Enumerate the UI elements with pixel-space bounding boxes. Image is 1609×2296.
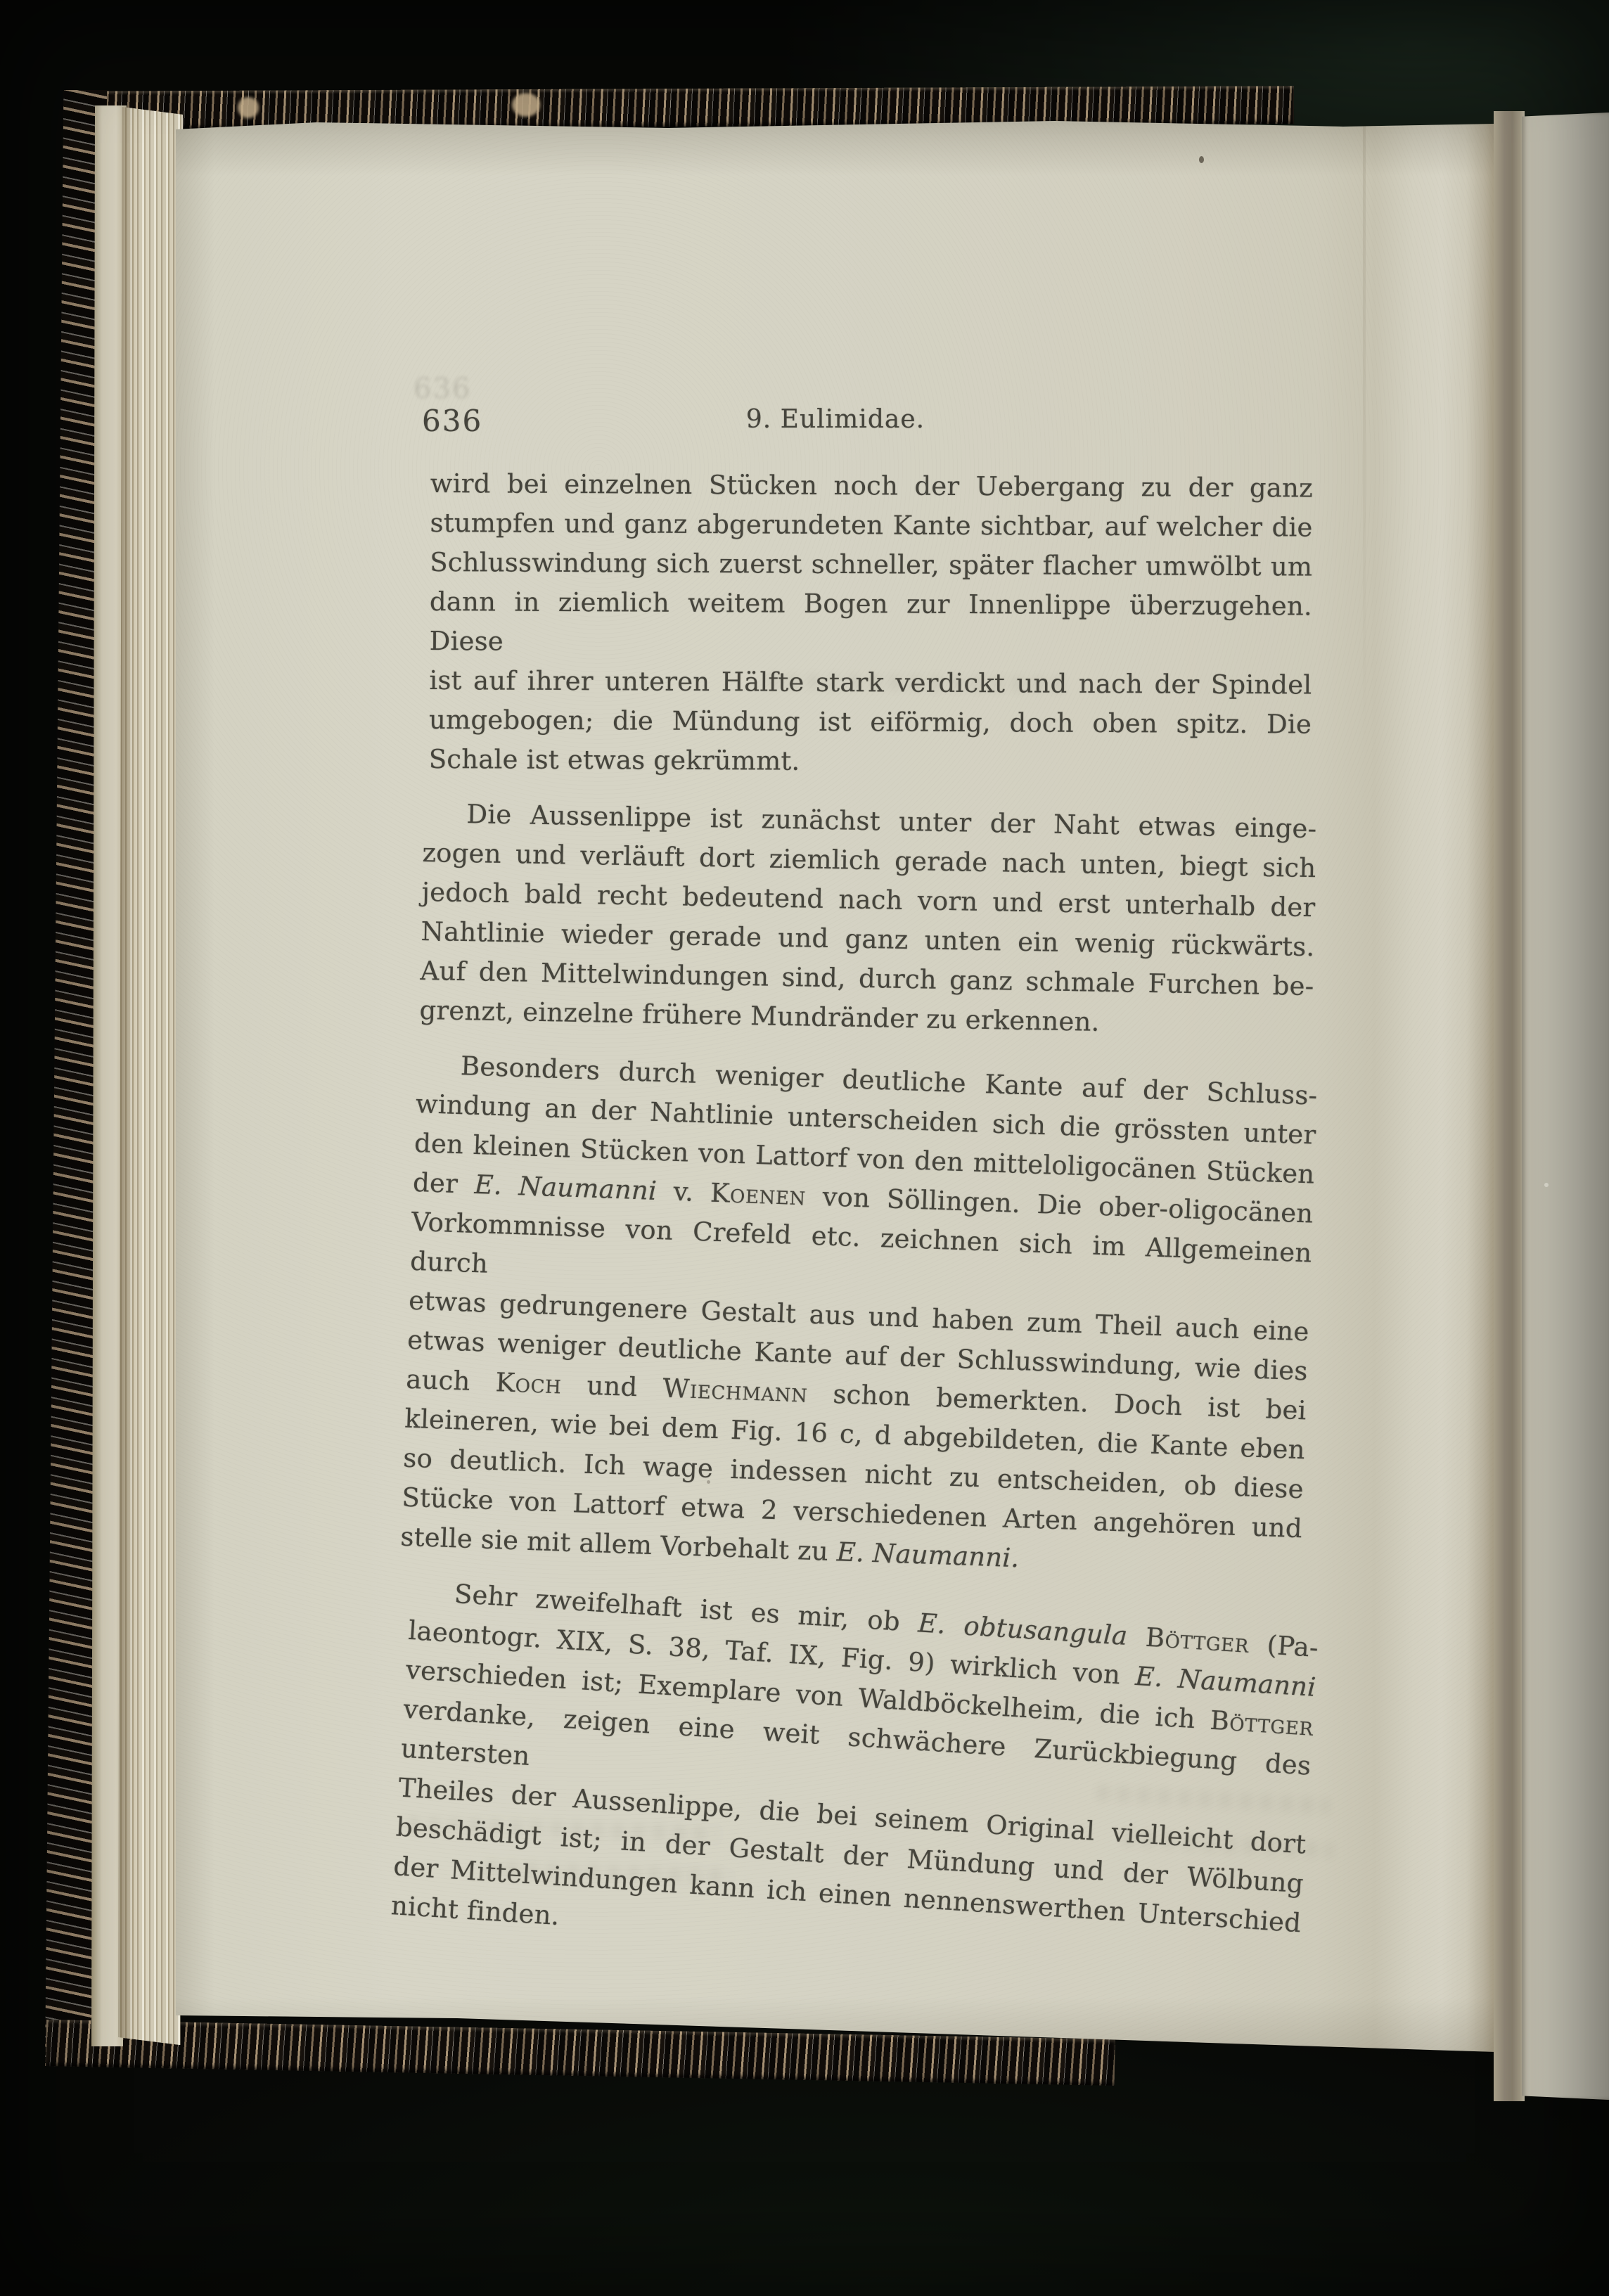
text-segment: ist auf ihrer unteren Hälfte stark verdi…: [429, 665, 1312, 700]
text-segment: v.: [656, 1176, 711, 1208]
page-fore-edge-stack: [118, 107, 183, 2045]
paragraph: Die Aussenlippe ist zunächst unter der N…: [419, 794, 1317, 1046]
italic-text: E. Naumanni.: [836, 1537, 1020, 1573]
text-line: dann in ziemlich weitem Bogen zur Innenl…: [430, 582, 1313, 666]
ink-speck: [707, 1480, 710, 1484]
marble-wear-spot: [512, 93, 540, 117]
text-segment: umgebogen; die Mündung ist eiförmig, doc…: [429, 705, 1312, 740]
text-segment: [1127, 1621, 1147, 1653]
smallcaps-text: Koenen: [710, 1178, 806, 1212]
marble-wear-spot: [238, 97, 259, 118]
italic-text: E. Naumanni: [474, 1169, 658, 1206]
text-line: wird bei einzelnen Stücken noch der Uebe…: [430, 464, 1313, 508]
text-line: Schale ist etwas gekrümmt.: [429, 740, 1312, 784]
text-line: stumpfen und ganz abgerundeten Kante sic…: [430, 504, 1312, 548]
text-segment: nicht finden.: [390, 1890, 560, 1931]
text-line: Schlusswindung sich zuerst schneller, sp…: [430, 543, 1312, 587]
text-segment: wird bei einzelnen Stücken noch der Uebe…: [430, 468, 1313, 504]
text-line: umgebogen; die Mündung ist eiförmig, doc…: [429, 700, 1312, 745]
book-gutter-shadow: [1494, 111, 1525, 2101]
text-segment: stumpfen und ganz abgerundeten Kante sic…: [430, 508, 1312, 543]
text-segment: (Pa-: [1248, 1629, 1319, 1663]
smallcaps-text: Böttger: [1209, 1705, 1314, 1742]
paragraph: wird bei einzelnen Stücken noch der Uebe…: [429, 464, 1313, 784]
book-page: 636 636 9. Eulimidae. wird bei einzelnen…: [176, 120, 1496, 2060]
italic-text: E. Naumanni: [1134, 1661, 1316, 1702]
facing-page-sliver: [1522, 113, 1609, 2100]
text-segment: grenzt, einzelne frühere Mundränder zu e…: [419, 995, 1100, 1037]
text-segment: dann in ziemlich weitem Bogen zur Innenl…: [430, 586, 1313, 657]
smallcaps-text: Koch: [495, 1367, 562, 1399]
text-segment: Schlusswindung sich zuerst schneller, sp…: [430, 547, 1312, 582]
page-number-ghost-smudge: 636: [414, 373, 471, 405]
text-segment: der: [412, 1167, 475, 1200]
ink-speck: [1199, 156, 1204, 163]
paper-speck: [1544, 1183, 1549, 1187]
book-photo-scene: 636 636 9. Eulimidae. wird bei einzelnen…: [0, 0, 1609, 2296]
text-block: wird bei einzelnen Stücken noch der Uebe…: [422, 464, 1326, 1926]
paragraph: Sehr zweifelhaft ist es mir, ob E. obtus…: [390, 1572, 1319, 1982]
text-segment: und: [561, 1369, 663, 1403]
smallcaps-text: Böttger: [1145, 1622, 1250, 1659]
text-segment: Schale ist etwas gekrümmt.: [429, 744, 800, 776]
running-header: 9. Eulimidae.: [422, 405, 1249, 434]
text-segment: auch: [406, 1364, 496, 1397]
text-line: ist auf ihrer unteren Hälfte stark verdi…: [429, 661, 1312, 705]
smallcaps-text: Wiechmann: [662, 1373, 809, 1408]
paragraph: Besonders durch weniger deutliche Kante …: [400, 1045, 1319, 1588]
page-crease: [1363, 120, 1366, 752]
